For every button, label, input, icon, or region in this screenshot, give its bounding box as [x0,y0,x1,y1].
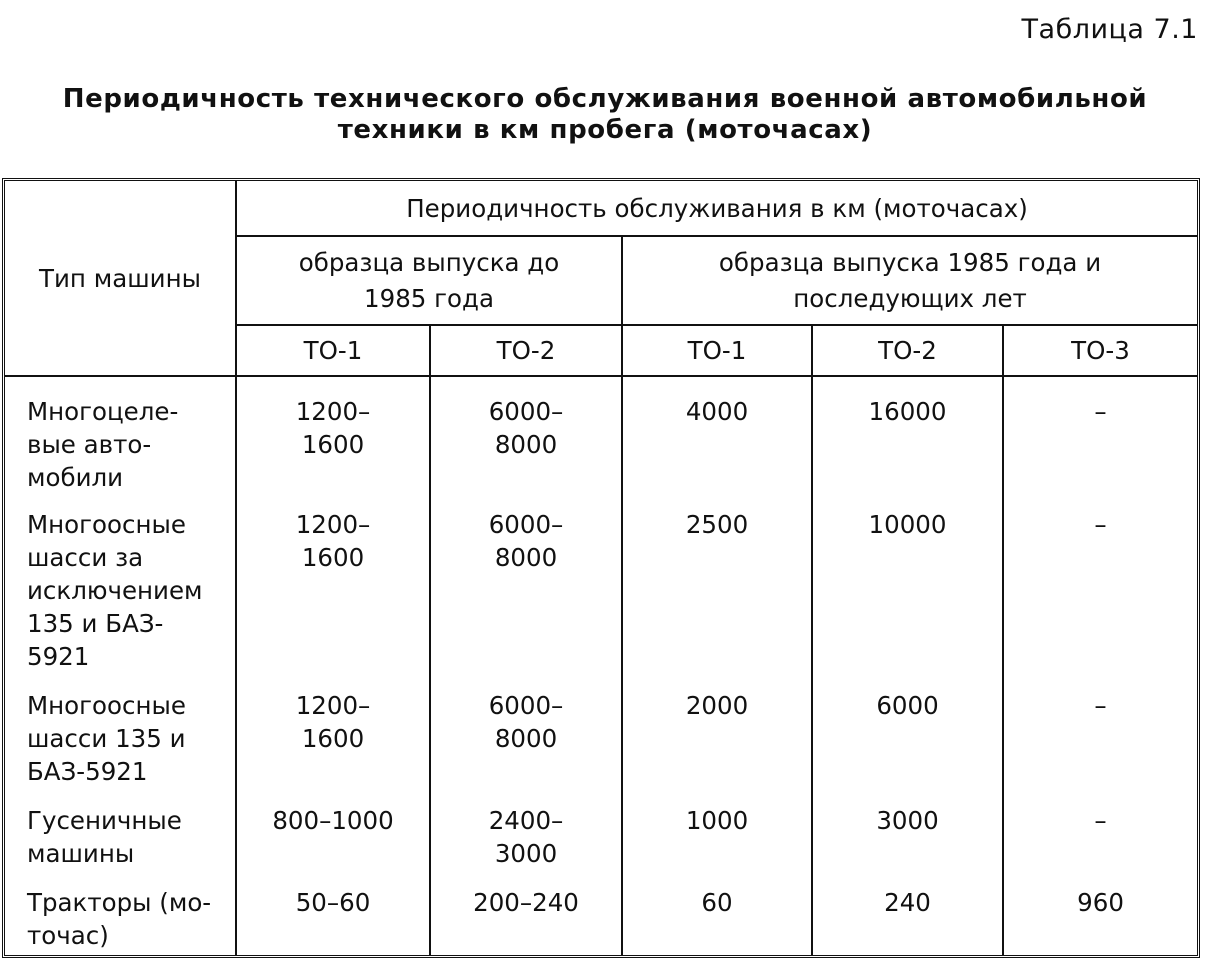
interval-value-cell: 4000 [622,376,812,494]
table-row: Гусеничные машины800–10002400– 300010003… [5,790,1197,872]
interval-value-cell: 6000– 8000 [430,494,622,675]
machine-type-cell: Многоосные шасси 135 и БАЗ-5921 [5,675,236,790]
interval-value-cell: 200–240 [430,872,622,956]
interval-value-cell: 6000– 8000 [430,376,622,494]
interval-value-cell: 6000– 8000 [430,675,622,790]
interval-value-cell: 1200– 1600 [236,376,430,494]
table-number-label: Таблица 7.1 [1022,14,1198,45]
interval-value-cell: 2500 [622,494,812,675]
interval-value-cell: 16000 [812,376,1003,494]
header-col: ТО-1 [622,325,812,376]
header-col: ТО-3 [1003,325,1197,376]
interval-value-cell: 1200– 1600 [236,494,430,675]
table-row: Тракторы (мо- точас)50–60200–24060240960 [5,872,1197,956]
header-col: ТО-2 [430,325,622,376]
table-title: Периодичность технического обслуживания … [0,84,1210,146]
header-subgroup-pre1985: образца выпуска до 1985 года [236,236,622,325]
header-col: ТО-2 [812,325,1003,376]
interval-value-cell: 10000 [812,494,1003,675]
machine-type-cell: Многоосные шасси за исключением 135 и БА… [5,494,236,675]
table-row: Многоосные шасси за исключением 135 и БА… [5,494,1197,675]
header-subgroup-post1985: образца выпуска 1985 года и последующих … [622,236,1197,325]
machine-type-cell: Многоцеле- вые авто- мобили [5,376,236,494]
interval-value-cell: 2400– 3000 [430,790,622,872]
interval-value-cell: – [1003,494,1197,675]
interval-value-cell: 960 [1003,872,1197,956]
interval-value-cell: – [1003,675,1197,790]
interval-value-cell: 800–1000 [236,790,430,872]
interval-value-cell: – [1003,376,1197,494]
interval-value-cell: 60 [622,872,812,956]
interval-value-cell: – [1003,790,1197,872]
interval-value-cell: 6000 [812,675,1003,790]
interval-value-cell: 1200– 1600 [236,675,430,790]
header-col: ТО-1 [236,325,430,376]
maintenance-table: Тип машины Периодичность обслуживания в … [5,181,1197,956]
header-group: Периодичность обслуживания в км (моточас… [236,181,1197,236]
table-row: Многоосные шасси 135 и БАЗ-59211200– 160… [5,675,1197,790]
table-row: Многоцеле- вые авто- мобили1200– 1600600… [5,376,1197,494]
interval-value-cell: 3000 [812,790,1003,872]
machine-type-cell: Гусеничные машины [5,790,236,872]
machine-type-cell: Тракторы (мо- точас) [5,872,236,956]
interval-value-cell: 240 [812,872,1003,956]
interval-value-cell: 2000 [622,675,812,790]
header-machine-type: Тип машины [5,181,236,376]
interval-value-cell: 1000 [622,790,812,872]
interval-value-cell: 50–60 [236,872,430,956]
